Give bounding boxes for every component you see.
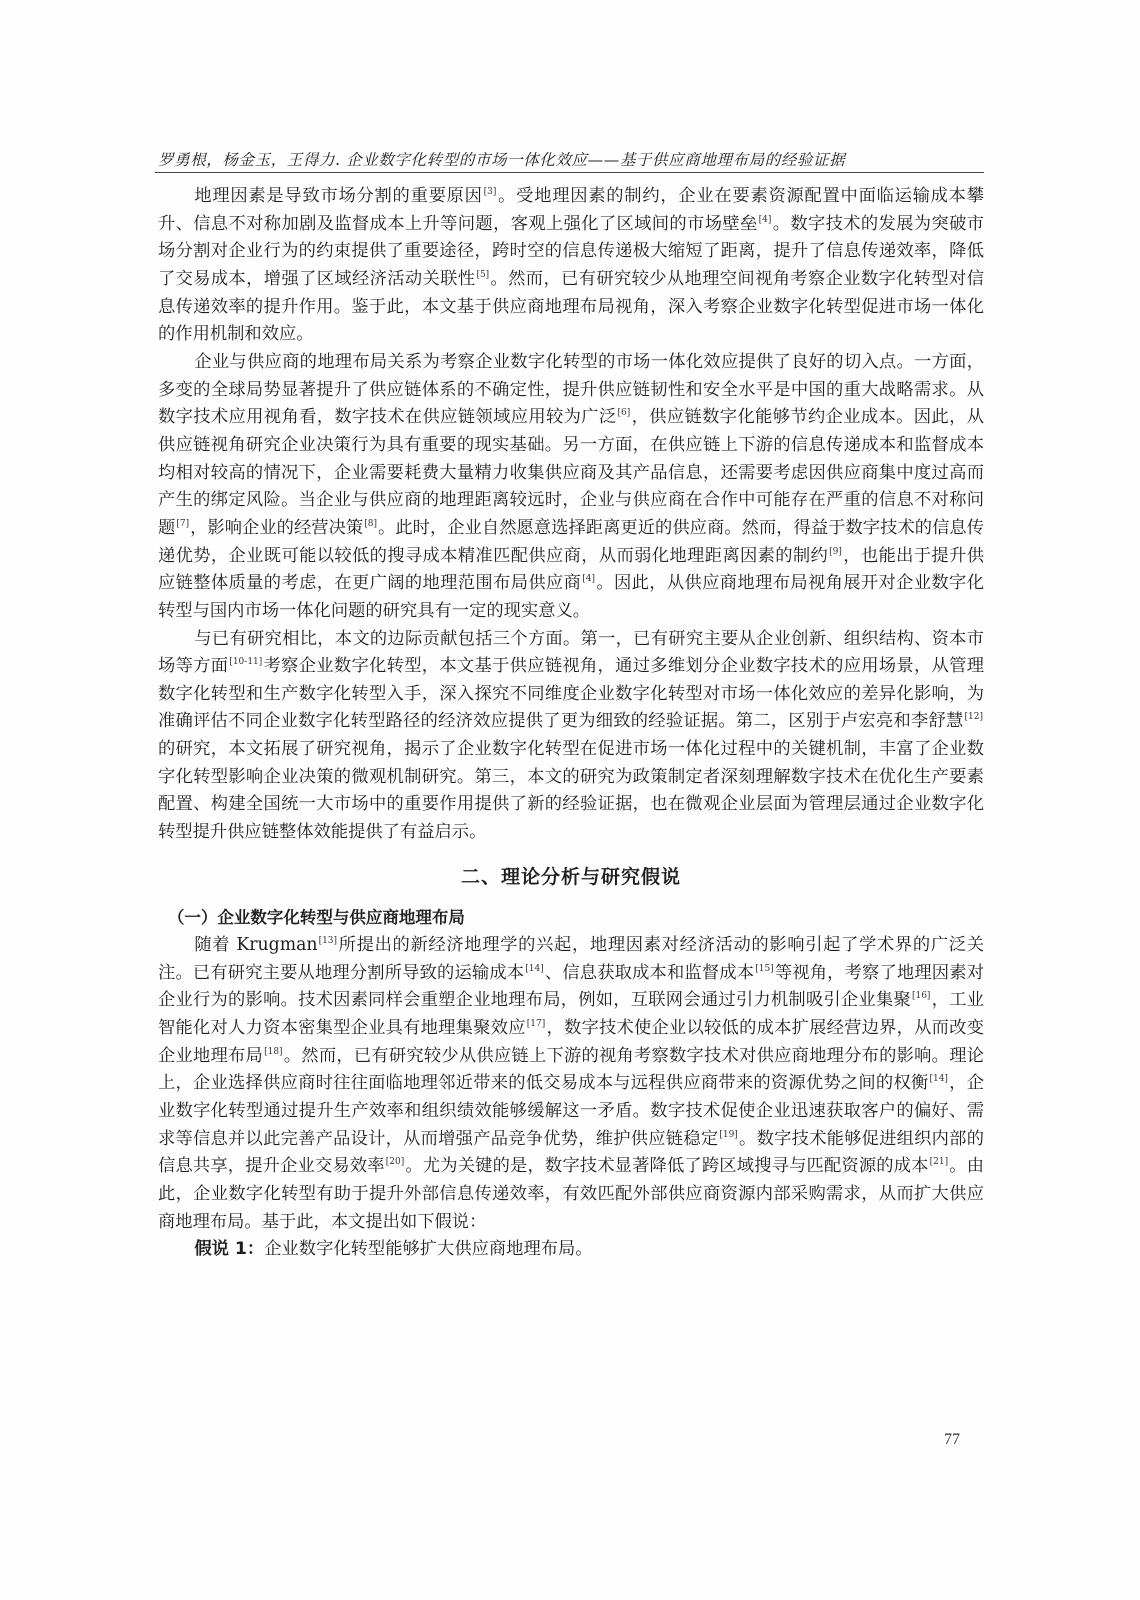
citation-ref: [6]	[618, 408, 631, 418]
section-title: 二、理论分析与研究假说	[158, 864, 984, 892]
citation-ref: [14]	[525, 964, 543, 974]
citation-ref: [4]	[582, 574, 595, 584]
page-number: 77	[944, 1431, 960, 1449]
citation-ref: [19]	[719, 1130, 737, 1140]
paragraph: 地理因素是导致市场分割的重要原因[3]。受地理因素的制约，企业在要素资源配置中面…	[158, 183, 984, 349]
citation-ref: [18]	[264, 1047, 282, 1057]
header-rule	[155, 172, 984, 173]
citation-ref: [12]	[965, 712, 983, 722]
subsection-title: （一）企业数字化转型与供应商地理布局	[158, 904, 984, 932]
citation-ref: [8]	[364, 519, 377, 529]
citation-ref: [4]	[759, 215, 772, 225]
citation-ref: [14]	[929, 1074, 947, 1084]
hypothesis: 假说 1：企业数字化转型能够扩大供应商地理布局。	[158, 1236, 984, 1264]
running-head: 罗勇根，杨金玉，王得力. 企业数字化转型的市场一体化效应——基于供应商地理布局的…	[158, 148, 984, 170]
citation-ref: [16]	[912, 991, 930, 1001]
citation-ref: [10-11]	[229, 657, 262, 667]
citation-ref: [9]	[829, 547, 842, 557]
citation-ref: [13]	[319, 936, 337, 946]
article-body: 地理因素是导致市场分割的重要原因[3]。受地理因素的制约，企业在要素资源配置中面…	[158, 183, 984, 1264]
citation-ref: [20]	[386, 1157, 404, 1167]
citation-ref: [15]	[755, 964, 773, 974]
citation-ref: [21]	[930, 1157, 948, 1167]
paragraph: 企业与供应商的地理布局关系为考察企业数字化转型的市场一体化效应提供了良好的切入点…	[158, 349, 984, 626]
hypothesis-text: 企业数字化转型能够扩大供应商地理布局。	[264, 1239, 592, 1259]
citation-ref: [17]	[527, 1019, 545, 1029]
citation-ref: [5]	[476, 270, 489, 280]
paragraph: 随着 Krugman[13]所提出的新经济地理学的兴起，地理因素对经济活动的影响…	[158, 932, 984, 1236]
journal-page: 罗勇根，杨金玉，王得力. 企业数字化转型的市场一体化效应——基于供应商地理布局的…	[0, 0, 1140, 1600]
hypothesis-label: 假说 1：	[194, 1239, 264, 1259]
citation-ref: [3]	[484, 187, 497, 197]
paragraph: 与已有研究相比，本文的边际贡献包括三个方面。第一，已有研究主要从企业创新、组织结…	[158, 626, 984, 847]
citation-ref: [7]	[176, 519, 189, 529]
